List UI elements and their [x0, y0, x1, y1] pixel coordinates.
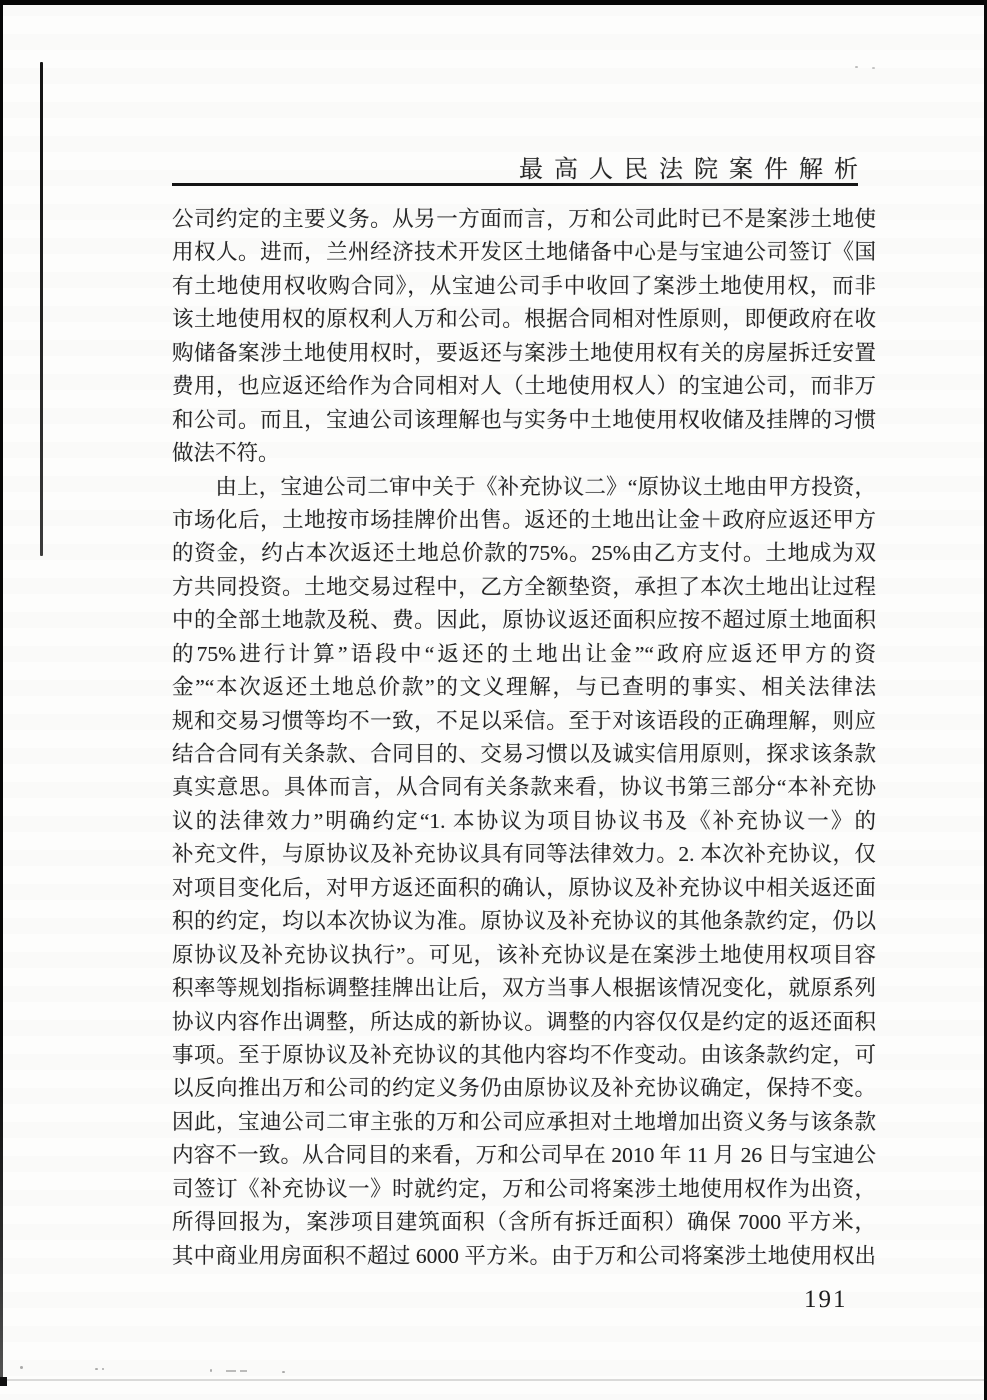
book-page: 最高人民法院案件解析 公司约定的主要义务。从另一方面而言，万和公司此时已不是案涉… [0, 0, 987, 1400]
text-line: 议的法律效力”明确约定“1. 本协议为项目协议书及《补充协议一》的 [172, 805, 876, 838]
text-line: 结合合同有关条款、合同目的、交易习惯以及诚实信用原则，探求该条款 [172, 738, 876, 771]
scan-speck [102, 1368, 104, 1370]
text-line: 的75%进行计算”语段中“返还的土地出让金”“政府应返还甲方的资 [172, 638, 876, 671]
text-line: 金”“本次返还土地总价款”的文义理解，与已查明的事实、相关法律法 [172, 671, 876, 704]
running-head: 最高人民法院案件解析 [172, 149, 858, 184]
text-line: 规和交易习惯等均不一致，不足以采信。至于对该语段的正确理解，则应 [172, 705, 876, 738]
scan-speck [282, 1371, 285, 1373]
running-head-text: 最高人民法院案件解析 [519, 157, 869, 183]
page-number: 191 [804, 1286, 848, 1314]
scan-border-left [0, 0, 3, 1384]
text-line: 对项目变化后，对甲方返还面积的确认，原协议及补充协议中相关返还面 [172, 872, 876, 905]
text-line: 补充文件，与原协议及补充协议具有同等法律效力。2. 本次补充协议，仅 [172, 838, 876, 871]
text-line: 因此，宝迪公司二审主张的万和公司应承担对土地增加出资义务与该条款 [172, 1106, 876, 1139]
text-line: 所得回报为，案涉项目建筑面积（含所有拆迁面积）确保 7000 平方米， [172, 1206, 876, 1239]
text-line: 真实意思。具体而言，从合同有关条款来看，协议书第三部分“本补充协 [172, 771, 876, 804]
scan-speck [210, 1369, 212, 1372]
text-line: 原协议及补充协议执行”。可见，该补充协议是在案涉土地使用权项目容 [172, 939, 876, 972]
scan-speck [872, 67, 875, 69]
scan-speck [95, 1368, 98, 1370]
text-line: 事项。至于原协议及补充协议的其他内容均不作变动。由该条款约定，可 [172, 1039, 876, 1072]
text-line: 市场化后，土地按市场挂牌价出售。返还的土地出让金＋政府应返还甲方 [172, 504, 876, 537]
scan-speck [240, 1370, 247, 1372]
text-line: 协议内容作出调整，所达成的新协议。调整的内容仅仅是约定的返还面积 [172, 1006, 876, 1039]
text-line: 积的约定，均以本次协议为准。原协议及补充协议的其他条款约定，仍以 [172, 905, 876, 938]
body-text: 公司约定的主要义务。从另一方面而言，万和公司此时已不是案涉土地使用权人。进而，兰… [172, 203, 876, 1273]
text-line: 费用，也应返还给作为合同相对人（土地使用权人）的宝迪公司，而非万 [172, 370, 876, 403]
scan-speck [20, 1366, 23, 1369]
text-line: 的资金，约占本次返还土地总价款的75%。25%由乙方支付。土地成为双 [172, 537, 876, 570]
scan-border-corner [0, 1377, 7, 1386]
text-line: 内容不一致。从合同目的来看，万和公司早在 2010 年 11 月 26 日与宝迪… [172, 1139, 876, 1172]
scan-speck [226, 1370, 236, 1372]
text-line: 方共同投资。土地交易过程中，乙方全额垫资，承担了本次土地出让过程 [172, 571, 876, 604]
text-line: 公司约定的主要义务。从另一方面而言，万和公司此时已不是案涉土地使 [172, 203, 876, 236]
text-line: 司签订《补充协议一》时就约定，万和公司将案涉土地使用权作为出资， [172, 1173, 876, 1206]
text-line: 积率等规划指标调整挂牌出让后，双方当事人根据该情况变化，就原系列 [172, 972, 876, 1005]
scan-border-top [0, 0, 987, 5]
header-rule [172, 183, 858, 186]
scan-speck [855, 66, 858, 68]
text-line: 以反向推出万和公司的约定义务仍由原协议及补充协议确定，保持不变。 [172, 1072, 876, 1105]
text-line: 该土地使用权的原权利人万和公司。根据合同相对性原则，即便政府在收 [172, 303, 876, 336]
text-line: 由上，宝迪公司二审中关于《补充协议二》“原协议土地由甲方投资， [172, 471, 876, 504]
text-line: 和公司。而且，宝迪公司该理解也与实务中土地使用权收储及挂牌的习惯 [172, 404, 876, 437]
text-line: 购储备案涉土地使用权时，要返还与案涉土地使用权有关的房屋拆迁安置 [172, 337, 876, 370]
margin-vertical-line [40, 62, 43, 556]
text-line: 中的全部土地款及税、费。因此，原协议返还面积应按不超过原土地面积 [172, 604, 876, 637]
text-line: 有土地使用权收购合同》，从宝迪公司手中收回了案涉土地使用权，而非 [172, 270, 876, 303]
text-line: 做法不符。 [172, 437, 876, 470]
scan-border-bottom [0, 1379, 987, 1381]
text-line: 用权人。进而，兰州经济技术开发区土地储备中心是与宝迪公司签订《国 [172, 236, 876, 269]
text-line: 其中商业用房面积不超过 6000 平方米。由于万和公司将案涉土地使用权出 [172, 1240, 876, 1273]
